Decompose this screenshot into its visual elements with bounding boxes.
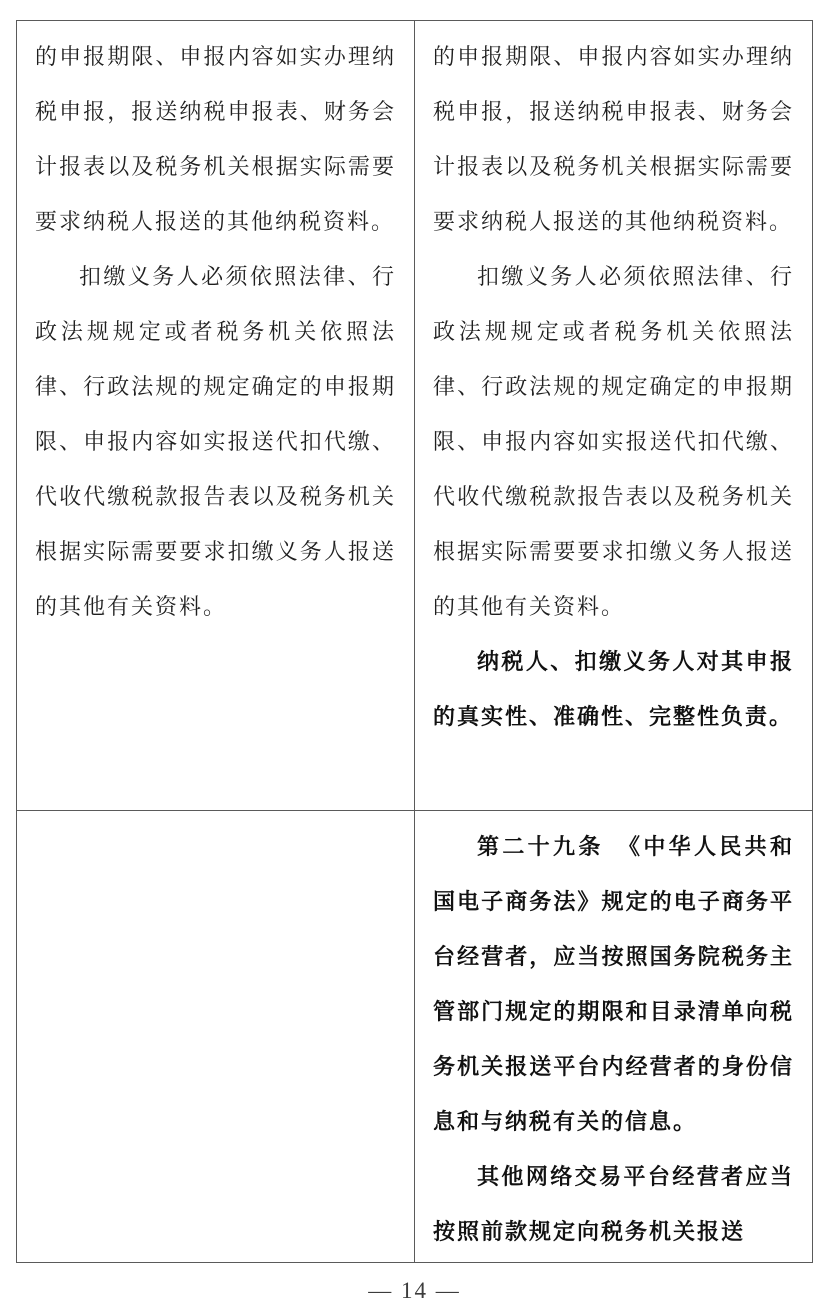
- table-row: 第二十九条 《中华人民共和国电子商务法》规定的电子商务平台经营者，应当按照国务院…: [17, 811, 813, 1263]
- paragraph-left-withholding-agent: 扣缴义务人必须依照法律、行政法规规定或者税务机关依照法律、行政法规的规定确定的申…: [35, 249, 396, 634]
- paragraph-right-withholding-agent: 扣缴义务人必须依照法律、行政法规规定或者税务机关依照法律、行政法规的规定确定的申…: [433, 249, 794, 634]
- paragraph-right-continuation: 的申报期限、申报内容如实办理纳税申报，报送纳税申报表、财务会计报表以及税务机关根…: [433, 29, 794, 249]
- cell-right-column-row1: 的申报期限、申报内容如实办理纳税申报，报送纳税申报表、财务会计报表以及税务机关根…: [415, 21, 813, 811]
- page-number: — 14 —: [16, 1278, 813, 1304]
- paragraph-article-29-bold: 第二十九条 《中华人民共和国电子商务法》规定的电子商务平台经营者，应当按照国务院…: [433, 819, 794, 1149]
- cell-left-column-row2-empty: [17, 811, 415, 1263]
- paragraph-other-platforms-bold: 其他网络交易平台经营者应当按照前款规定向税务机关报送: [433, 1149, 794, 1259]
- cell-right-column-row2: 第二十九条 《中华人民共和国电子商务法》规定的电子商务平台经营者，应当按照国务院…: [415, 811, 813, 1263]
- table-row: 的申报期限、申报内容如实办理纳税申报，报送纳税申报表、财务会计报表以及税务机关根…: [17, 21, 813, 811]
- document-page: 的申报期限、申报内容如实办理纳税申报，报送纳税申报表、财务会计报表以及税务机关根…: [0, 0, 829, 1315]
- cell-left-column-row1: 的申报期限、申报内容如实办理纳税申报，报送纳税申报表、财务会计报表以及税务机关根…: [17, 21, 415, 811]
- paragraph-right-responsibility-bold: 纳税人、扣缴义务人对其申报的真实性、准确性、完整性负责。: [433, 634, 794, 744]
- paragraph-left-continuation: 的申报期限、申报内容如实办理纳税申报，报送纳税申报表、财务会计报表以及税务机关根…: [35, 29, 396, 249]
- law-comparison-table: 的申报期限、申报内容如实办理纳税申报，报送纳税申报表、财务会计报表以及税务机关根…: [16, 20, 813, 1263]
